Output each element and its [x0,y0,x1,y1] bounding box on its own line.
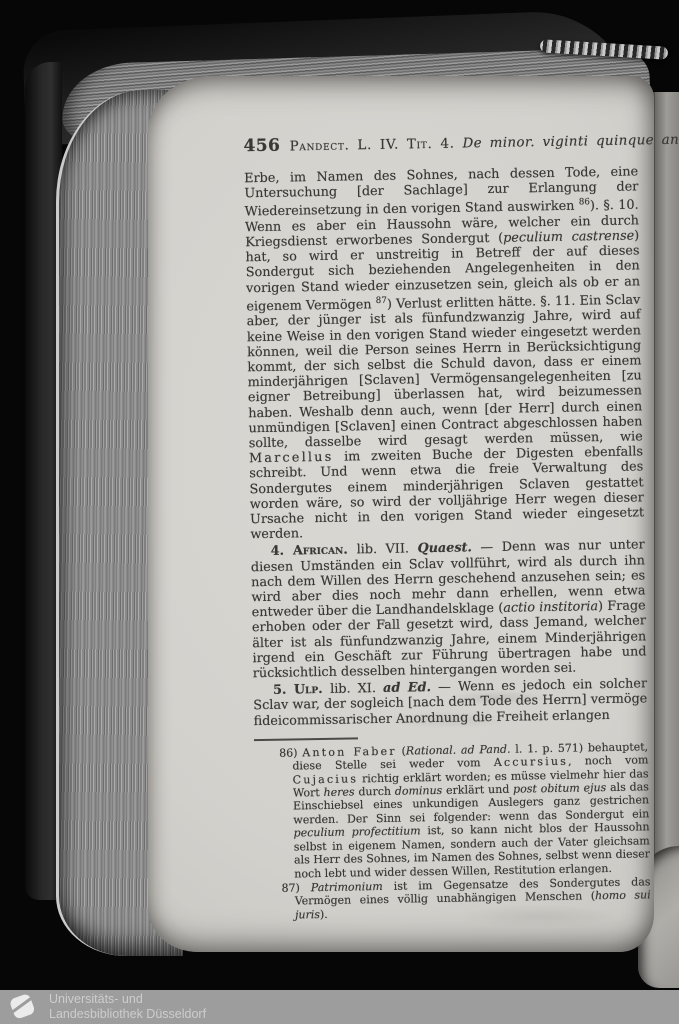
body-paragraph: Erbe, im Namen des Sohnes, nach dessen T… [244,164,644,542]
text-segment: ). [320,908,328,921]
text-segment: durch [354,785,394,799]
body-paragraph: 5. Ulp. lib. XI. ad Ed. — Wenn es jedoch… [253,677,648,729]
text-segment: 5. Ulp. [273,682,330,698]
text-segment: ad Ed. [383,680,431,696]
text-segment: , noch vom [568,754,649,768]
text-segment: Patrimonium [311,880,383,894]
text-segment: Quaest. [417,541,472,557]
text-segment: Anton Faber [302,745,397,760]
text-segment: Rational. ad Pand. [406,743,511,758]
text-segment: actio institoria [503,599,598,616]
text-segment: Marcellus [249,450,334,466]
page-header-line: 456 Pandect. L. IV. Tit. 4. De minor. vi… [243,129,637,156]
text-segment: Erbe, im Namen des Sohnes, nach dessen T… [244,164,638,220]
footnote: 86) Anton Faber (Rational. ad Pand. l. 1… [292,740,650,880]
library-name: Universitäts- und Landesbibliothek Düsse… [49,992,206,1022]
text-segment: Pandect. L. IV. Tit. 4. [290,136,463,154]
text-segment: 4. African. [271,543,357,559]
text-segment: dominus [395,784,443,798]
text-segment: post obitum ejus [513,781,606,796]
text-segment: 87) [281,881,311,895]
text-segment: erklärt und [442,783,513,797]
footnotes-block: 86) Anton Faber (Rational. ad Pand. l. 1… [254,740,651,922]
footnote: 87) Patrimonium ist im Gegensatze des So… [294,875,651,921]
text-segment: 86 [579,198,590,208]
page-content: 456 Pandect. L. IV. Tit. 4. De minor. vi… [140,67,661,952]
text-segment: 87 [376,296,387,306]
body-text: Erbe, im Namen des Sohnes, nach dessen T… [244,164,648,729]
text-segment: heres [323,786,354,800]
footnote-separator-rule [254,737,358,741]
text-segment: 86) [279,746,302,759]
text-segment: lib. XI. [330,681,383,697]
library-watermark-bar: Universitäts- und Landesbibliothek Düsse… [0,990,679,1024]
text-segment: 456 [243,135,289,156]
body-paragraph: 4. African. lib. VII. Quaest. — Denn was… [251,538,647,682]
text-segment: Accursius [494,755,569,769]
text-segment: De minor. viginti quinque annis. [462,132,679,151]
library-name-line2: Landesbibliothek Düsseldorf [49,1007,206,1022]
ulb-duesseldorf-logo-icon [6,992,40,1022]
text-segment: lib. VII. [357,542,418,558]
text-segment: ) Verlust erlitten hätte. §. 11. Ein Scl… [247,293,643,452]
text-segment: Cujacius [293,772,359,786]
text-segment: ( [397,744,406,757]
scanned-book-photo: 456 Pandect. L. IV. Tit. 4. De minor. vi… [0,0,679,1024]
library-name-line1: Universitäts- und [49,992,206,1007]
